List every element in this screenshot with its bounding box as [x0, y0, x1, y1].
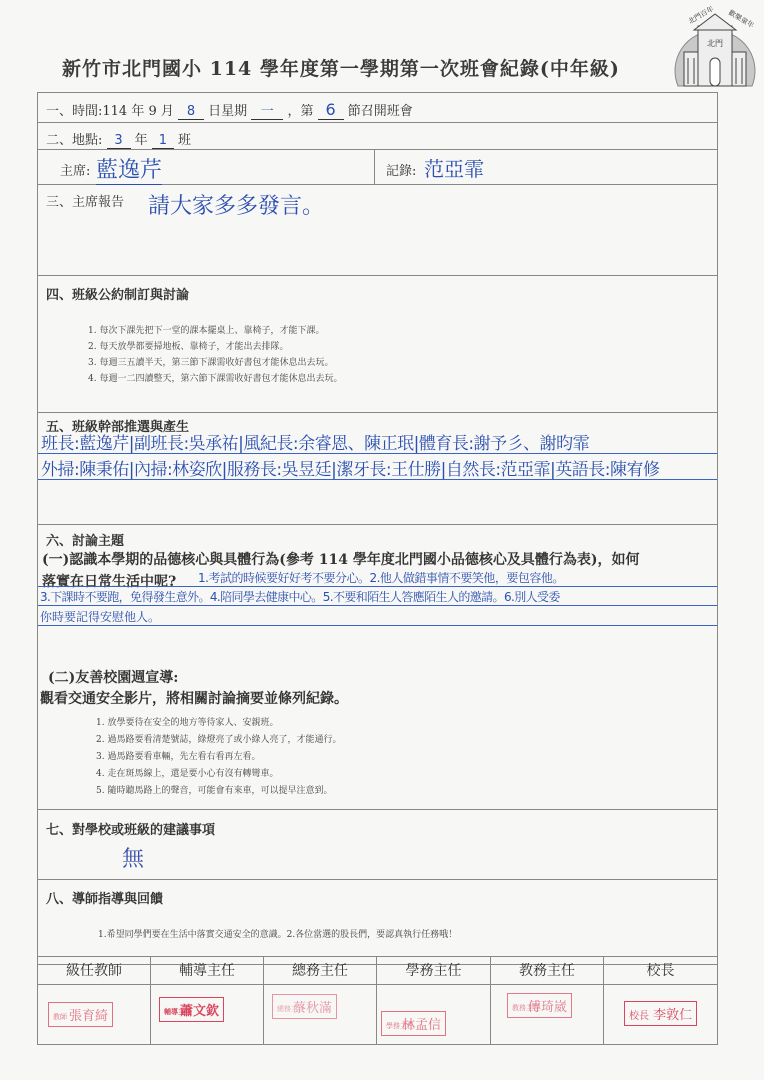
signature-role: 校長: [604, 957, 717, 985]
cadre-underline: [38, 479, 717, 480]
cadre-underline: [38, 453, 717, 454]
class-rules-list: 1. 每次下課先把下一堂的課本擺桌上、靠椅子，才能下課。 2. 每天放學都要掃地…: [88, 323, 342, 387]
topic-two-subtitle: 觀看交通安全影片，將相關討論摘要並條列紀錄。: [40, 688, 348, 708]
teacher-feedback-row: 八、導師指導與回饋 1.希望同學們要在生活中落實交通安全的意識。2.各位當選的股…: [38, 880, 717, 965]
record-table: 一、時間:114 年 9 月 8 日星期 一 ，第 6 節召開班會 二、地點: …: [37, 92, 718, 965]
counseling-director-stamp: 輔導主任蕭文欽: [159, 997, 224, 1022]
topic-one-answer-3: 你時要記得安慰他人。: [40, 608, 160, 625]
traffic-safety-item: 3. 過馬路要看車輛，先左看右看再左看。: [96, 749, 341, 766]
cadre-line-2: 外掃:陳秉佑|內掃:林姿欣|服務長:吳昱廷|潔牙長:王仕勝|自然長:范亞霏|英語…: [41, 455, 660, 480]
signature-cell: 總務主任蔡秋滿: [264, 985, 377, 1044]
discussion-label: 六、討論主題: [46, 530, 124, 549]
suggestions-label: 七、對學校或班級的建議事項: [46, 819, 215, 838]
chair-name: 藍逸芹: [96, 153, 162, 185]
signature-role: 學務主任: [377, 957, 491, 985]
topic-two-title: (二)友善校園週宣導:: [48, 667, 178, 687]
signature-cell: 教務主任傅琦崴: [491, 985, 604, 1044]
teacher-feedback-content: 1.希望同學們要在生活中落實交通安全的意識。2.各位當選的股長們，要認真執行任務…: [98, 927, 457, 940]
traffic-safety-item: 4. 走在斑馬線上，還是要小心有沒有轉彎車。: [96, 766, 341, 783]
document-title: 新竹市北門國小 114 學年度第一學期第一次班會紀錄(中年級): [62, 54, 620, 81]
class-value: 1: [152, 133, 174, 149]
signature-role: 級任教師: [38, 957, 151, 985]
signature-role: 總務主任: [264, 957, 377, 985]
class-rule-item: 2. 每天放學都要掃地板、靠椅子，才能出去排隊。: [88, 339, 342, 355]
answer-underline: [38, 605, 717, 606]
suggestions-row: 七、對學校或班級的建議事項 無: [38, 810, 717, 880]
recorder-label: 記錄:: [386, 160, 416, 179]
traffic-safety-list: 1. 放學要待在安全的地方等待家人、安親班。 2. 過馬路要看清楚號誌，綠燈亮了…: [96, 715, 341, 800]
chair-label: 主席:: [60, 160, 90, 179]
weekday-value: 一: [251, 100, 283, 120]
discussion-row: 六、討論主題 (一)認識本學期的品德核心與具體行為(參考 114 學年度北門國小…: [38, 525, 717, 810]
class-rule-item: 1. 每次下課先把下一堂的課本擺桌上、靠椅子，才能下課。: [88, 323, 342, 339]
suggestions-content: 無: [122, 842, 144, 873]
topic-one-answer-2: 3.下課時不要跑，免得發生意外。4.陪同學去健康中心。5.不要和陌生人答應陌生人…: [40, 588, 560, 605]
signature-cell: 輔導主任蕭文欽: [151, 985, 264, 1044]
grade-label: 年: [135, 133, 148, 148]
location-row: 二、地點: 3 年 1 班: [38, 123, 717, 150]
class-rules-label: 四、班級公約制訂與討論: [46, 284, 189, 303]
answer-underline: [38, 586, 717, 587]
chair-report-row: 三、主席報告 請大家多多發言。: [38, 185, 717, 276]
teacher-stamp: 教師張育綺: [48, 1002, 113, 1027]
time-label: 一、時間:114 年 9 月: [46, 104, 174, 119]
chair-report-label: 三、主席報告: [46, 191, 124, 210]
location-label: 二、地點:: [46, 133, 102, 148]
period-prefix: ，第: [287, 104, 313, 119]
teacher-feedback-label: 八、導師指導與回饋: [46, 888, 163, 907]
traffic-safety-item: 1. 放學要待在安全的地方等待家人、安親班。: [96, 715, 341, 732]
class-label: 班: [178, 133, 191, 148]
chair-report-content: 請大家多多發言。: [148, 189, 324, 220]
period-suffix: 節召開班會: [348, 104, 413, 119]
recorder-name: 范亞霏: [424, 153, 484, 182]
answer-underline: [38, 625, 717, 626]
chair-recorder-row: 主席: 藍逸芹 記錄: 范亞霏: [38, 150, 717, 185]
signature-cell: 校長 李敦仁: [604, 985, 717, 1044]
signature-table: 級任教師 輔導主任 總務主任 學務主任 教務主任 校長 教師張育綺 輔導主任蕭文…: [37, 956, 718, 1045]
academic-affairs-stamp: 教務主任傅琦崴: [507, 993, 572, 1018]
svg-text:北門: 北門: [707, 38, 723, 48]
signature-cell: 學務主任林孟信: [377, 985, 491, 1044]
signature-role: 輔導主任: [151, 957, 264, 985]
time-row: 一、時間:114 年 9 月 8 日星期 一 ，第 6 節召開班會: [38, 93, 717, 123]
topic-one-question: (一)認識本學期的品德核心與具體行為(參考 114 學年度北門國小品德核心及具體…: [42, 549, 639, 569]
topic-one-answer-1: 1.考試的時候要好好考不要分心。2.他人做錯事情不要笑他，要包容他。: [198, 569, 564, 586]
school-logo-icon: 北門 北門百年 歡樂童年: [672, 0, 758, 88]
principal-stamp: 校長 李敦仁: [624, 1001, 697, 1026]
day-value: 8: [178, 104, 204, 120]
class-rules-row: 四、班級公約制訂與討論 1. 每次下課先把下一堂的課本擺桌上、靠椅子，才能下課。…: [38, 276, 717, 413]
cadre-line-1: 班長:藍逸芹|副班長:吳承祐|風紀長:余睿恩、陳正珉|體育長:謝予彡、謝昀霏: [41, 429, 589, 454]
weekday-label: 日星期: [208, 104, 247, 119]
traffic-safety-item: 2. 過馬路要看清楚號誌，綠燈亮了或小綠人亮了，才能通行。: [96, 732, 341, 749]
class-rule-item: 3. 每週三五讀半天，第三節下課需收好書包才能休息出去玩。: [88, 355, 342, 371]
class-rule-item: 4. 每週一二四讀整天，第六節下課需收好書包才能休息出去玩。: [88, 371, 342, 387]
period-value: 6: [318, 100, 344, 120]
traffic-safety-item: 5. 隨時聽馬路上的聲音，可能會有來車，可以提早注意到。: [96, 783, 341, 800]
signature-cell: 教師張育綺: [38, 985, 151, 1044]
signature-role: 教務主任: [491, 957, 604, 985]
student-affairs-stamp: 學務主任林孟信: [381, 1011, 446, 1036]
general-affairs-stamp: 總務主任蔡秋滿: [272, 994, 337, 1019]
meeting-record-page: 新竹市北門國小 114 學年度第一學期第一次班會紀錄(中年級) 北門 北門百年 …: [0, 0, 764, 1080]
grade-value: 3: [107, 133, 131, 149]
cadre-election-row: 五、班級幹部推選與產生 班長:藍逸芹|副班長:吳承祐|風紀長:余睿恩、陳正珉|體…: [38, 413, 717, 525]
